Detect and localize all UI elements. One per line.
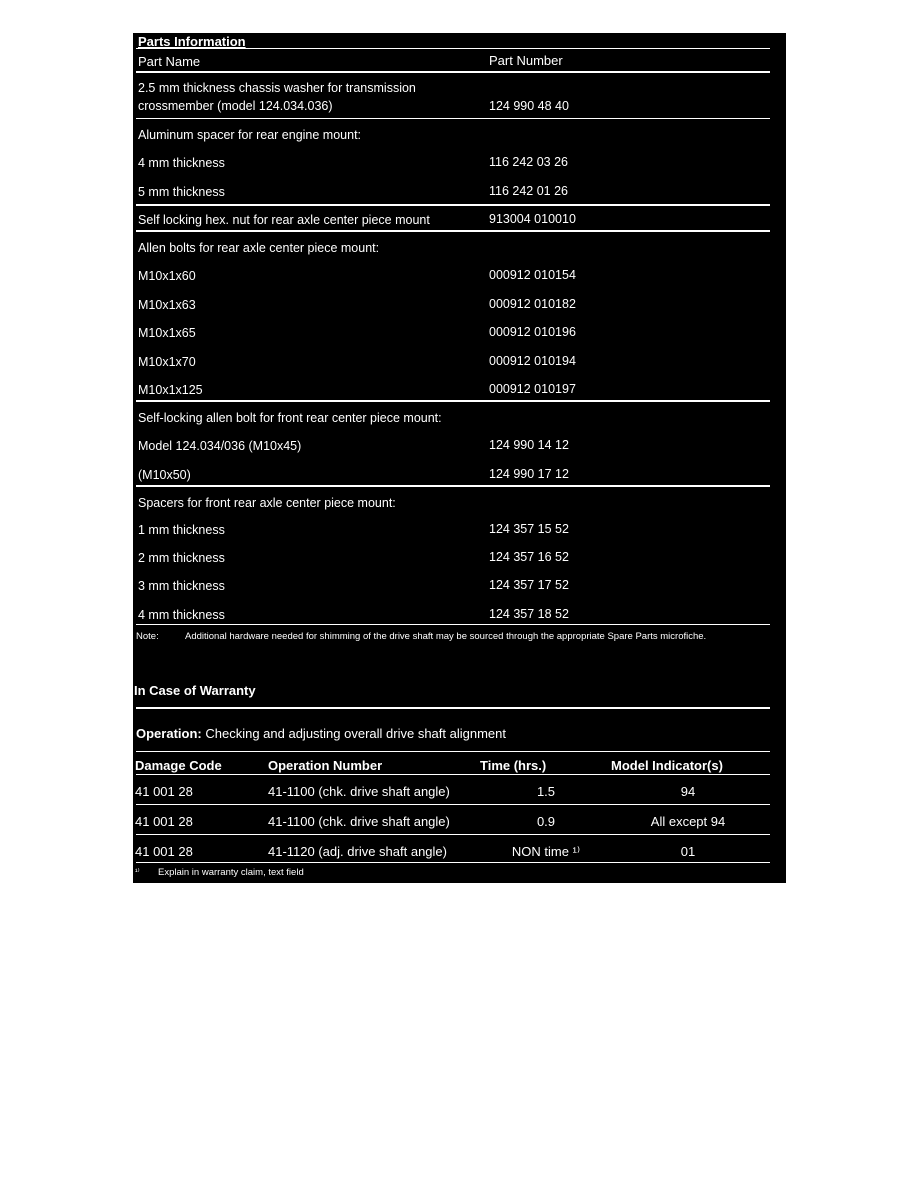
warranty-section-title: In Case of Warranty [134, 683, 256, 698]
divider [136, 400, 770, 402]
divider [136, 774, 770, 775]
part-name: M10x1x65 [138, 326, 196, 340]
header-operation-number: Operation Number [268, 758, 382, 773]
note-label: Note: [136, 631, 159, 642]
damage-code: 41 001 28 [135, 844, 193, 859]
model-indicator: All except 94 [618, 814, 758, 829]
part-name: 3 mm thickness [138, 579, 225, 593]
operation-label: Operation: [136, 726, 202, 741]
model-indicator: 01 [618, 844, 758, 859]
divider [136, 48, 770, 49]
part-number: 000912 010182 [489, 297, 576, 311]
divider [136, 230, 770, 232]
hex-nut-name: Self locking hex. nut for rear axle cent… [138, 213, 430, 227]
divider [136, 834, 770, 835]
part-number: 124 990 14 12 [489, 438, 569, 452]
model-indicator: 94 [618, 784, 758, 799]
part-name: Model 124.034/036 (M10x45) [138, 439, 301, 453]
allen-group-label: Allen bolts for rear axle center piece m… [138, 241, 379, 255]
washer-number: 124 990 48 40 [489, 99, 569, 113]
part-number: 000912 010196 [489, 325, 576, 339]
damage-code: 41 001 28 [135, 784, 193, 799]
operation-number: 41-1100 (chk. drive shaft angle) [268, 784, 450, 799]
part-name: M10x1x70 [138, 355, 196, 369]
footnote-text: Explain in warranty claim, text field [158, 867, 304, 878]
part-number: 124 357 18 52 [489, 607, 569, 621]
operation-line: Operation: Checking and adjusting overal… [136, 726, 506, 741]
part-number: 000912 010154 [489, 268, 576, 282]
header-time: Time (hrs.) [480, 758, 546, 773]
part-name: 1 mm thickness [138, 523, 225, 537]
divider [136, 707, 770, 709]
divider [136, 624, 770, 625]
part-name: M10x1x125 [138, 383, 203, 397]
part-number: 124 357 17 52 [489, 578, 569, 592]
spacer-group-label: Aluminum spacer for rear engine mount: [138, 128, 361, 142]
divider [136, 862, 770, 863]
part-number: 124 990 17 12 [489, 467, 569, 481]
part-number: 000912 010197 [489, 382, 576, 396]
header-part-number: Part Number [489, 53, 563, 68]
divider [136, 485, 770, 487]
washer-line1: 2.5 mm thickness chassis washer for tran… [138, 81, 416, 95]
part-number: 124 357 16 52 [489, 550, 569, 564]
operation-text: Checking and adjusting overall drive sha… [205, 726, 506, 741]
time: 1.5 [481, 784, 611, 799]
part-name: 5 mm thickness [138, 185, 225, 199]
hex-nut-number: 913004 010010 [489, 212, 576, 226]
header-model-indicator: Model Indicator(s) [611, 758, 723, 773]
divider [136, 804, 770, 805]
part-name: M10x1x63 [138, 298, 196, 312]
note-text: Additional hardware needed for shimming … [185, 631, 706, 642]
time: NON time ¹⁾ [481, 844, 611, 860]
document-page: Parts Information Part Name Part Number … [133, 33, 786, 883]
damage-code: 41 001 28 [135, 814, 193, 829]
operation-number: 41-1100 (chk. drive shaft angle) [268, 814, 450, 829]
selflock-group-label: Self-locking allen bolt for front rear c… [138, 411, 442, 425]
front-spacer-group-label: Spacers for front rear axle center piece… [138, 496, 396, 510]
divider [136, 118, 770, 119]
time: 0.9 [481, 814, 611, 829]
divider [136, 71, 770, 73]
parts-section-title: Parts Information [138, 34, 246, 49]
divider [136, 751, 770, 752]
footnote-mark: ¹⁾ [135, 867, 140, 876]
washer-line2: crossmember (model 124.034.036) [138, 99, 333, 113]
part-name: 2 mm thickness [138, 551, 225, 565]
part-name: (M10x50) [138, 468, 191, 482]
part-name: 4 mm thickness [138, 608, 225, 622]
part-number: 000912 010194 [489, 354, 576, 368]
part-number: 124 357 15 52 [489, 522, 569, 536]
part-number: 116 242 01 26 [489, 184, 568, 198]
part-name: M10x1x60 [138, 269, 196, 283]
operation-number: 41-1120 (adj. drive shaft angle) [268, 844, 447, 859]
part-number: 116 242 03 26 [489, 155, 568, 169]
divider [136, 204, 770, 206]
part-name: 4 mm thickness [138, 156, 225, 170]
header-part-name: Part Name [138, 54, 200, 69]
header-damage-code: Damage Code [135, 758, 222, 773]
